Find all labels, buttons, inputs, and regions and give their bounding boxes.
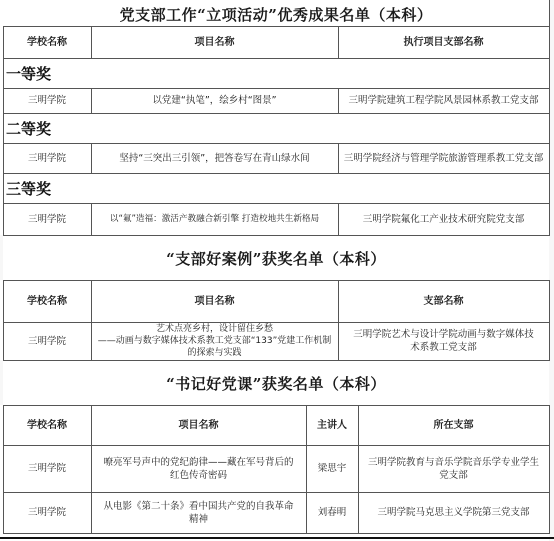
project-cell: 以党建“执笔”，绘乡村“图景”	[91, 88, 338, 113]
table-title: 党支部工作“立项活动”优秀成果名单（本科）	[3, 2, 549, 26]
prize-heading-second: 二等奖	[3, 113, 549, 143]
project-cell: 嘹亮军号声中的党纪韵律——藏在军号背后的红色传奇密码	[91, 445, 306, 492]
bottom-rule	[0, 537, 554, 539]
branch-cell: 三明学院艺术与设计学院动画与数字媒体技术系教工党支部	[338, 322, 549, 360]
speaker-cell: 刘春明	[306, 492, 358, 533]
project-cell: 以“氟”造福：激活产教融合新引擎 打造校地共生新格局	[91, 203, 338, 235]
table-title: “书记好党课”获奖名单（本科）	[3, 371, 549, 395]
school-cell: 三明学院	[3, 492, 91, 533]
column-header-branch: 支部名称	[338, 280, 549, 322]
project-cell: 坚持“三突出三引领”，把答卷写在青山绿水间	[91, 143, 338, 173]
table-title: “支部好案例”获奖名单（本科）	[3, 246, 549, 270]
branch-cell: 三明学院建筑工程学院风景园林系教工党支部	[338, 88, 549, 113]
project-cell: 艺术点亮乡村，设计留住乡愁 ——动画与数字媒体技术系教工党支部“133”党建工作…	[91, 322, 338, 360]
prize-heading-first: 一等奖	[3, 58, 549, 88]
school-cell: 三明学院	[3, 88, 91, 113]
project-cell: 从电影《第二十条》看中国共产党的自我革命精神	[91, 492, 306, 533]
column-header-project: 项目名称	[91, 26, 338, 58]
column-header-school: 学校名称	[3, 405, 91, 445]
branch-cell: 三明学院氟化工产业技术研究院党支部	[338, 203, 549, 235]
prize-heading-third: 三等奖	[3, 173, 549, 203]
branch-cell: 三明学院马克思主义学院第三党支部	[358, 492, 549, 533]
school-cell: 三明学院	[3, 322, 91, 360]
column-header-school: 学校名称	[3, 26, 91, 58]
school-cell: 三明学院	[3, 143, 91, 173]
branch-cell: 三明学院教育与音乐学院音乐学专业学生党支部	[358, 445, 549, 492]
column-header-branch: 所在支部	[358, 405, 549, 445]
speaker-cell: 梁思宇	[306, 445, 358, 492]
school-cell: 三明学院	[3, 203, 91, 235]
column-header-project: 项目名称	[91, 280, 338, 322]
school-cell: 三明学院	[3, 445, 91, 492]
column-header-project: 项目名称	[91, 405, 306, 445]
column-header-speaker: 主讲人	[306, 405, 358, 445]
column-header-school: 学校名称	[3, 280, 91, 322]
branch-cell: 三明学院经济与管理学院旅游管理系教工党支部	[338, 143, 549, 173]
column-header-branch: 执行项目支部名称	[338, 26, 549, 58]
